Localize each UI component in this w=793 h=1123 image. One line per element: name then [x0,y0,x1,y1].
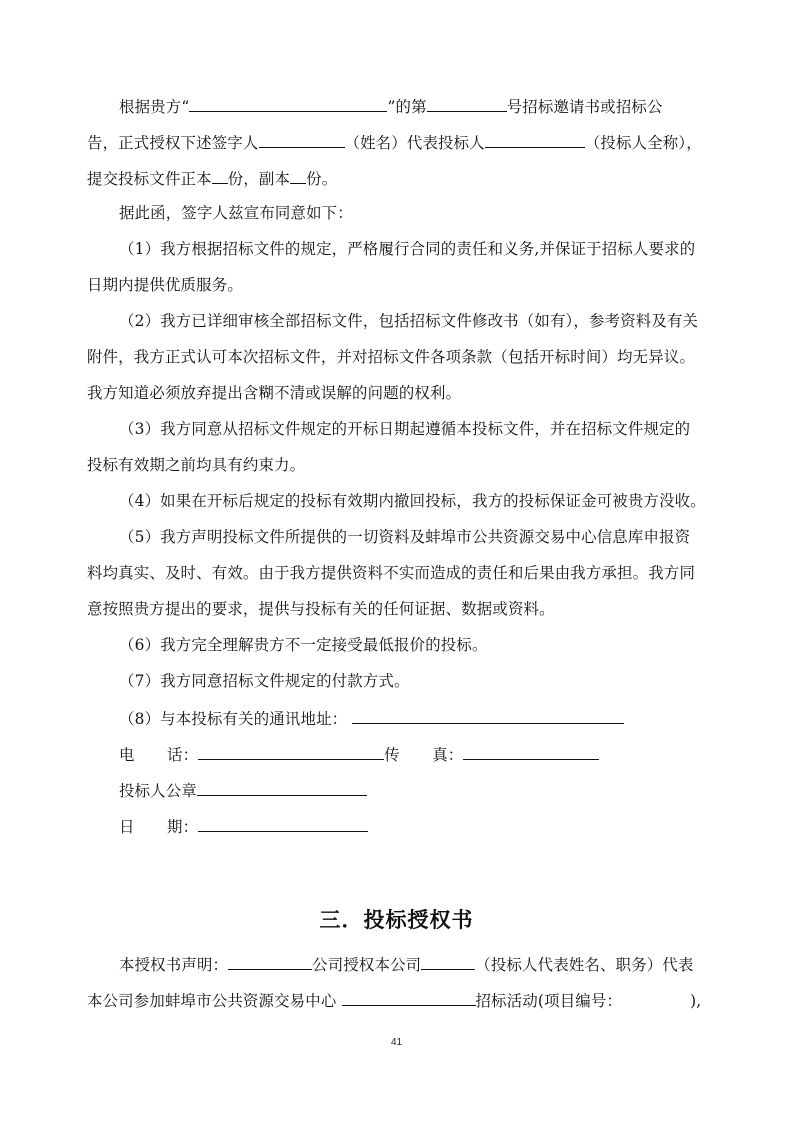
address-row: （8）与本投标有关的通讯地址： [87,706,713,742]
intro-line-3-mid: 份，副本 [228,170,290,188]
authorization-line-2-mid: 招标活动(项目编号： [476,992,623,1010]
clause-5-line-2: 料均真实、及时、有效。由于我方提供资料不实而造成的责任和后果由我方承担。我方同 [87,562,713,598]
tender-activity-field[interactable] [342,988,476,1006]
seal-label: 投标人公章 [119,782,197,800]
clause-6-line-1: （6）我方完全理解贵方不一定接受最低报价的投标。 [87,634,713,670]
clause-5-line-1: （5）我方声明投标文件所提供的一切资料及蚌埠市公共资源交易中心信息库申报资 [87,526,713,562]
phone-label-a: 电 [119,744,167,766]
date-field[interactable] [198,814,368,832]
authorization-line-1-prefix: 本授权书声明： [119,956,228,974]
phone-field[interactable] [198,742,384,760]
seal-row: 投标人公章 [87,778,713,814]
fax-label-a: 传 [384,744,432,766]
authorization-line-1: 本授权书声明：公司授权本公司（投标人代表姓名、职务）代表 [87,952,713,988]
intro-line-1-tail: 号招标邀请书或招标公 [507,98,663,116]
authorization-line-1-mid: 公司授权本公司 [312,956,421,974]
company-name-field[interactable] [228,952,312,970]
intro-line-1-prefix: 根据贵方“ [119,98,189,116]
fax-field[interactable] [463,742,599,760]
clause-5-line-3: 意按照贵方提出的要求，提供与投标有关的任何证据、数据或资料。 [87,598,713,634]
intro-line-3-prefix: 提交投标文件正本 [87,170,212,188]
section-3-title: 三．投标授权书 [0,904,793,934]
bid-letter-body: 根据贵方“”的第号招标邀请书或招标公 告，正式授权下述签字人（姓名）代表投标人（… [87,94,713,850]
page-number: 41 [0,1037,793,1048]
clause-2-line-2: 附件，我方正式认可本次招标文件，并对招标文件各项条款（包括开标时间）均无异议。 [87,346,713,382]
authorization-line-1-tail: （投标人代表姓名、职务）代表 [475,956,693,974]
tender-name-field[interactable] [189,94,387,112]
clause-7-line-1: （7）我方同意招标文件规定的付款方式。 [87,670,713,706]
clause-1-line-1: （1）我方根据招标文件的规定，严格履行合同的责任和义务,并保证于招标人要求的 [87,238,713,274]
intro-line-1: 根据贵方“”的第号招标邀请书或招标公 [87,94,713,130]
bidder-full-name-field[interactable] [485,130,585,148]
invitation-number-field[interactable] [427,94,507,112]
intro-line-2-tail: （投标人全称）， [585,134,702,152]
seal-field[interactable] [197,778,367,796]
authorization-letter-body: 本授权书声明：公司授权本公司（投标人代表姓名、职务）代表 本公司参加蚌埠市公共资… [87,952,713,1024]
phone-label-b: 话： [167,746,198,764]
date-label-b: 期： [167,818,198,836]
intro-line-2-prefix: 告，正式授权下述签字人 [87,134,259,152]
authorization-line-2-prefix: 本公司参加蚌埠市公共资源交易中心 [87,992,336,1010]
representative-field[interactable] [421,952,475,970]
phone-fax-row: 电话：传真： [87,742,713,778]
intro-line-3: 提交投标文件正本份，副本份。 [87,166,713,202]
duplicate-copies-field[interactable] [290,166,306,184]
address-field[interactable] [352,706,624,724]
authorization-line-2: 本公司参加蚌埠市公共资源交易中心 招标活动(项目编号：), [87,988,713,1024]
clause-1-line-2: 日期内提供优质服务。 [87,274,713,310]
intro-line-3-tail: 份。 [306,170,337,188]
fax-label-b: 真： [432,746,463,764]
intro-line-2-mid: （姓名）代表投标人 [345,134,485,152]
date-label-a: 日 [119,816,167,838]
original-copies-field[interactable] [212,166,228,184]
clause-2-line-1: （2）我方已详细审核全部招标文件，包括招标文件修改书（如有），参考资料及有关 [87,310,713,346]
clause-3-line-2: 投标有效期之前均具有约束力。 [87,454,713,490]
clause-4-line-1: （4）如果在开标后规定的投标有效期内撤回投标，我方的投标保证金可被贵方没收。 [87,490,713,526]
declaration-line: 据此函，签字人兹宣布同意如下： [87,202,713,238]
clause-3-line-1: （3）我方同意从招标文件规定的开标日期起遵循本投标文件，并在招标文件规定的 [87,418,713,454]
intro-line-2: 告，正式授权下述签字人（姓名）代表投标人（投标人全称）， [87,130,713,166]
authorization-line-2-tail: ), [690,992,701,1010]
address-label: （8）与本投标有关的通讯地址： [119,710,347,728]
signatory-name-field[interactable] [259,130,345,148]
date-row: 日期： [87,814,713,850]
clause-2-line-3: 我方知道必须放弃提出含糊不清或误解的问题的权利。 [87,382,713,418]
intro-line-1-mid: ”的第 [387,98,426,116]
